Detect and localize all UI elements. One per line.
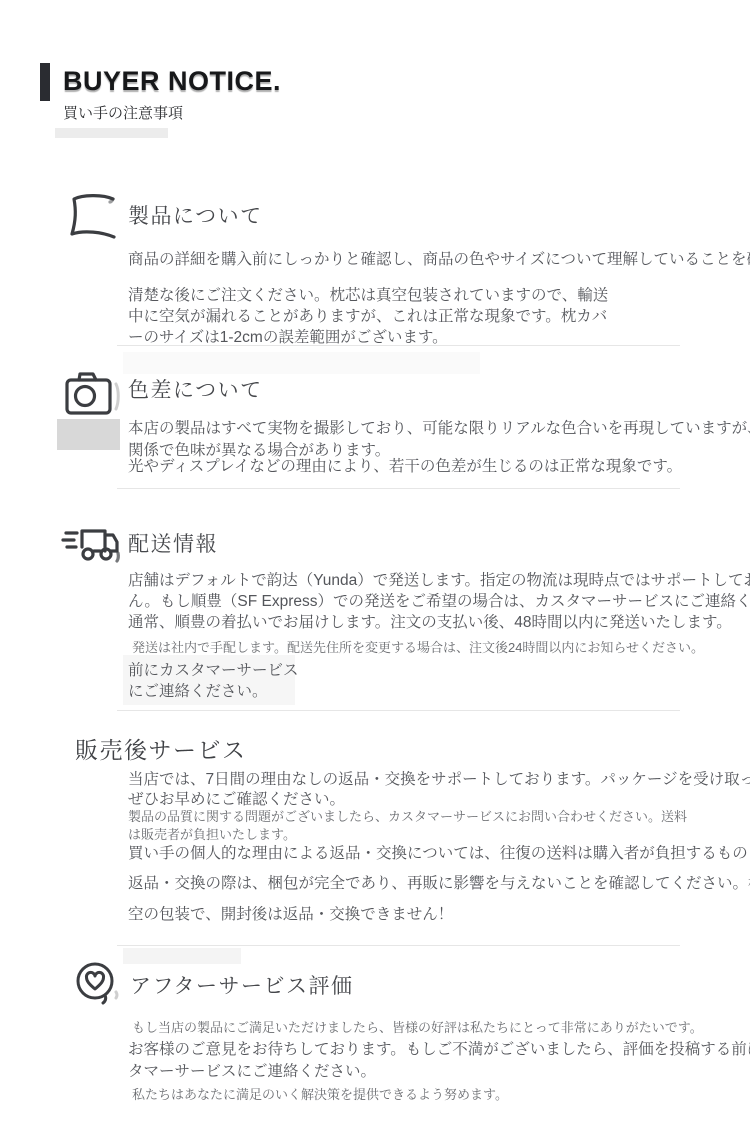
section-heading-color: 色差について: [128, 374, 263, 404]
section-heading-product: 製品について: [128, 200, 263, 230]
paragraph: 製品の品質に関する問題がございましたら、カスタマーサービスにお問い合わせください…: [128, 808, 750, 844]
section-divider: [117, 945, 680, 946]
section-heading-review: アフターサービス評価: [130, 970, 354, 1000]
text-line: 店舗はデフォルトで韵达（Yunda）で発送します。指定の物流は現時点ではサポート…: [128, 570, 750, 591]
overlay-artifact: [123, 948, 241, 964]
title-accent-bar: [40, 63, 50, 101]
text-line: 商品の詳細を購入前にしっかりと確認し、商品の色やサイズについて理解していることを…: [128, 249, 750, 270]
paragraph: 前にカスタマーサービス にご連絡ください。: [128, 660, 528, 702]
paragraph: 清楚な後にご注文ください。枕芯は真空包装されていますので、輸送 中に空気が漏れる…: [128, 285, 750, 348]
buyer-notice-page: BUYER NOTICE. 買い手の注意事項 製品について 商品の詳細を購入前に…: [0, 0, 750, 1144]
camera-icon: [64, 368, 128, 418]
text-line: 返品・交換の際は、梱包が完全であり、再販に影響を与えないことを確認してください。…: [128, 873, 750, 894]
text-line: ん。もし順豊（SF Express）での発送をご希望の場合は、カスタマーサービス…: [128, 591, 750, 612]
overlay-artifact: [57, 419, 120, 450]
text-line: 光やディスプレイなどの理由により、若干の色差が生じるのは正常な現象です。: [128, 456, 750, 477]
text-line: 通常、順豊の着払いでお届けします。注文の支払い後、48時間以内に発送いたします。: [128, 612, 750, 633]
truck-icon: [60, 523, 124, 567]
text-line: お客様のご意見をお待ちしております。もしご不満がございましたら、評価を投稿する前…: [128, 1039, 750, 1061]
text-line: ぜひお早めにご確認ください。: [128, 790, 750, 810]
section-heading-aftersales: 販売後サービス: [75, 732, 247, 765]
section-divider: [117, 488, 680, 489]
page-subtitle: 買い手の注意事項: [55, 96, 191, 128]
text-line: 空の包装で、開封後は返品・交換できません！: [128, 904, 750, 925]
heart-bubble-icon: [72, 960, 124, 1010]
text-line: 清楚な後にご注文ください。枕芯は真空包装されていますので、輸送: [128, 285, 750, 306]
paragraph: お客様のご意見をお待ちしております。もしご不満がございましたら、評価を投稿する前…: [128, 1039, 750, 1083]
page-title: BUYER NOTICE.: [63, 66, 281, 97]
text-line: 私たちはあなたに満足のいく解決策を提供できるよう努めます。: [132, 1086, 750, 1104]
section-divider: [117, 345, 680, 346]
text-line: は販売者が負担いたします。: [128, 826, 750, 844]
section-divider: [117, 710, 680, 711]
text-line: 中に空気が漏れることがありますが、これは正常な現象です。枕カバ: [128, 306, 750, 327]
paragraph: 当店では、7日間の理由なしの返品・交換をサポートしております。パッケージを受け取…: [128, 770, 750, 810]
paragraph: 店舗はデフォルトで韵达（Yunda）で発送します。指定の物流は現時点ではサポート…: [128, 570, 750, 633]
overlay-artifact: [123, 352, 480, 374]
pillow-icon: [66, 189, 120, 241]
text-line: 本店の製品はすべて実物を撮影しており、可能な限りリアルな色合いを再現していますが…: [128, 418, 750, 440]
text-line: 前にカスタマーサービス: [128, 660, 528, 681]
text-line: 買い手の個人的な理由による返品・交換については、往復の送料は購入者が負担するもの…: [128, 843, 750, 864]
text-line: 当店では、7日間の理由なしの返品・交換をサポートしております。パッケージを受け取…: [128, 770, 750, 790]
text-line: タマーサービスにご連絡ください。: [128, 1061, 750, 1083]
text-line: にご連絡ください。: [128, 681, 528, 702]
text-line: 製品の品質に関する問題がございましたら、カスタマーサービスにお問い合わせください…: [128, 808, 750, 826]
section-heading-shipping: 配送情報: [128, 528, 218, 558]
text-line: もし当店の製品にご満足いただけましたら、皆様の好評は私たちにとって非常にありがた…: [132, 1019, 750, 1037]
